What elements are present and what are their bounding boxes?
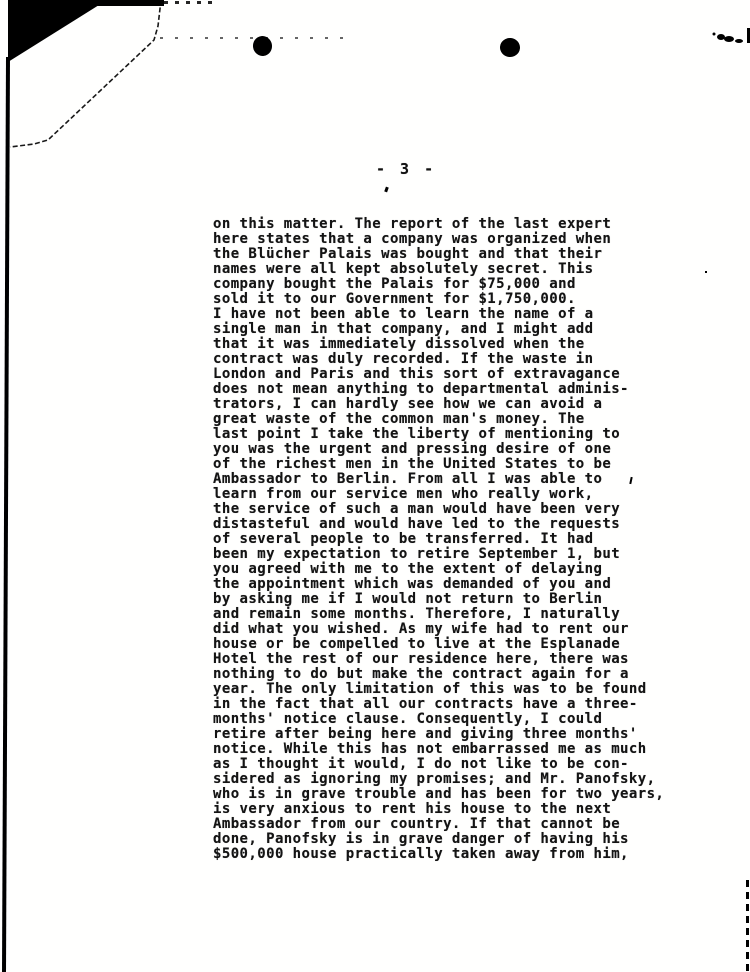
letter-body-text: on this matter. The report of the last e…: [213, 217, 664, 862]
right-edge-dashed-line: [746, 880, 749, 972]
scanned-letter-page: - 3 - on this matter. The report of the …: [0, 0, 750, 972]
hole-punch-mark-right: [499, 37, 521, 58]
corner-scuff-mark: [700, 20, 750, 60]
stray-ink-speck: [705, 271, 707, 273]
left-edge-scan-line: [2, 57, 10, 972]
fold-crease-line: [0, 0, 220, 160]
page-number: - 3 -: [376, 160, 436, 178]
stray-ink-speck: [384, 187, 389, 193]
